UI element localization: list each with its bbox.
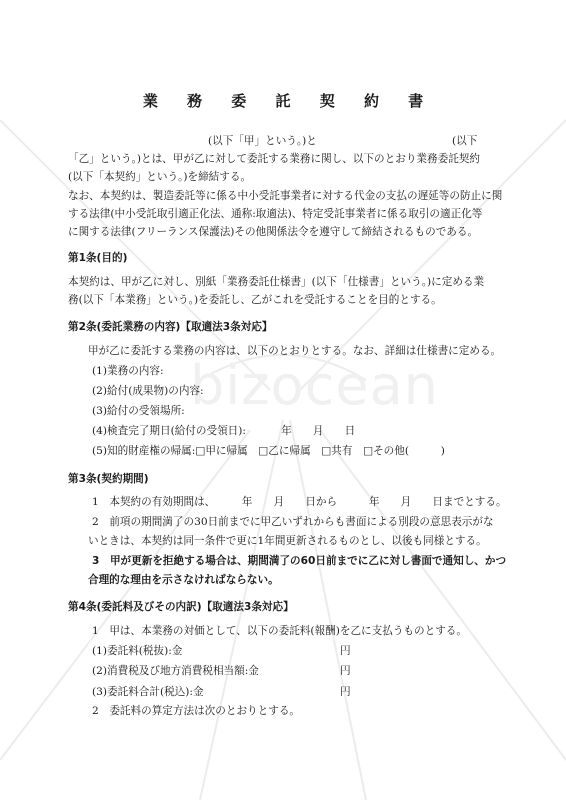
article-4-yen: 円	[340, 664, 351, 678]
intro-line1-b: (以下	[452, 134, 477, 148]
article-4-item: (2)消費税及び地方消費税相当額:金	[92, 664, 259, 678]
article-2-line: 甲が乙に委託する業務の内容は、以下のとおりとする。なお、詳細は仕様書に定める。	[88, 344, 501, 358]
article-1-line: 務(以下「本業務」という。)を委託し、乙がこれを受託することを目的とする。	[68, 293, 442, 307]
article-4-line: 1 甲は、本業務の対価として、以下の委託料(報酬)を乙に支払うものとする。	[92, 624, 467, 638]
intro-line1-a: (以下「甲」という。)と	[208, 134, 317, 148]
watermark-star-icon	[0, 0, 566, 800]
watermark-text: bizocean	[190, 354, 439, 417]
preamble-line: に関する法律(フリーランス保護法)その他関係法令を遵守して締結されるものである。	[68, 225, 478, 239]
article-3-heading: 第3条(契約期間)	[68, 472, 149, 486]
article-4-yen: 円	[340, 644, 351, 658]
article-3-line-bold: 合理的な理由を示さなければならない。	[88, 573, 279, 587]
article-2-heading: 第2条(委託業務の内容)【取適法3条対応】	[68, 320, 273, 334]
article-3-line-bold: 3 甲が更新を拒絶する場合は、期間満了の60日前までに乙に対し書面で通知し、かつ	[92, 554, 506, 568]
intro-line2: 「乙」という。)とは、甲が乙に対して委託する業務に関し、以下のとおり業務委託契約	[68, 152, 480, 166]
article-4-yen: 円	[340, 685, 351, 699]
preamble-line: なお、本契約は、製造委託等に係る中小受託事業者に対する代金の支払の遅延等の防止に…	[68, 189, 502, 203]
article-4-item: (1)委託料(税抜):金	[92, 644, 182, 658]
article-3-line: いときは、本契約は同一条件で更に1年間更新されるものとし、以後も同様とする。	[88, 534, 487, 548]
article-3-line: 1 本契約の有効期間は、 年 月 日から 年 月 日までとする。	[92, 495, 507, 509]
article-4-line: 2 委託料の算定方法は次のとおりとする。	[92, 704, 300, 718]
watermark: ビズオーシャン bizocean	[0, 0, 566, 800]
article-2-item: (3)給付の受領場所:	[92, 404, 185, 418]
article-1-line: 本契約は、甲が乙に対し、別紙「業務委託仕様書」(以下「仕様書」という。)に定める…	[68, 275, 484, 289]
preamble-line: する法律(中小受託取引適正化法、通称:取適法)、特定受託事業者に係る取引の適正化…	[68, 207, 482, 221]
article-2-item: (2)給付(成果物)の内容:	[92, 384, 204, 398]
article-2-item: (1)業務の内容:	[92, 364, 164, 378]
intro-line3: (以下「本契約」という。)を締結する。	[68, 170, 251, 184]
article-2-item: (5)知的財産権の帰属:□甲に帰属 □乙に帰属 □共有 □その他( )	[92, 444, 445, 458]
article-1-heading: 第1条(目的)	[68, 251, 127, 265]
article-3-line: 2 前項の期間満了の30日前までに甲乙いずれからも書面による別段の意思表示がな	[92, 515, 494, 529]
document-title: 業 務 委 託 契 約 書	[0, 90, 566, 111]
article-2-item: (4)検査完了期日(給付の受領日): 年 月 日	[92, 424, 355, 438]
article-4-item: (3)委託料合計(税込):金	[92, 685, 204, 699]
article-4-heading: 第4条(委託料及びその内訳)【取適法3条対応】	[68, 600, 294, 614]
